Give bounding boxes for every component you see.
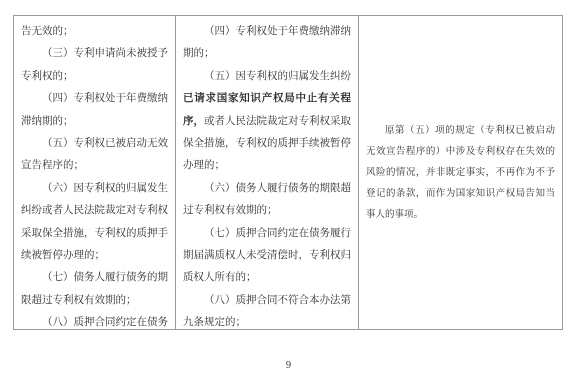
text-segment: （五）因专利权的归属发生纠纷 <box>204 70 351 82</box>
paragraph-item-3: （三）专利申请尚未被授予专利权的； <box>21 42 168 87</box>
paragraph-item-5: （五）专利权已被启动无效宣告程序的； <box>21 132 168 177</box>
text-segment: （八）质押合同不符合本办法第九条规定的； <box>183 294 351 328</box>
paragraph-item-6: （六）债务人履行债务的期限超过专利权有效期的； <box>183 177 351 222</box>
text-segment: 或者人民法院裁定对专利权采取保全措施，专利权的质押手续被暂停办理的； <box>183 115 351 172</box>
paragraph-item-5: （五）因专利权的归属发生纠纷已请求国家知识产权局中止有关程序，或者人民法院裁定对… <box>183 65 351 177</box>
page-number: 9 <box>0 361 577 371</box>
text-segment: （七）质押合同约定在债务履行期届满质权人未受清偿时，专利权归质权人所有的； <box>183 227 351 284</box>
paragraph-item-6: （六）因专利权的归属发生纠纷或者人民法院裁定对专利权采取保全措施，专利权的质押手… <box>21 177 168 267</box>
paragraph-item-7: （七）质押合同约定在债务履行期届满质权人未受清偿时，专利权归质权人所有的； <box>183 222 351 289</box>
table-cell-new-provisions: （四）专利权处于年费缴纳滞纳期的； （五）因专利权的归属发生纠纷已请求国家知识产… <box>176 16 359 329</box>
paragraph-item-4: （四）专利权处于年费缴纳滞纳期的； <box>21 87 168 132</box>
document-page: 告无效的； （三）专利申请尚未被授予专利权的； （四）专利权处于年费缴纳滞纳期的… <box>0 0 577 379</box>
paragraph-item-7: （七）债务人履行债务的期限超过专利权有效期的； <box>21 266 168 311</box>
text-segment: （四）专利权处于年费缴纳滞纳期的； <box>183 25 351 59</box>
explanation-text-block: 原第（五）项的规定（专利权已被启动无效宣告程序的）中涉及专利权存在失效的风险的情… <box>366 120 555 225</box>
table-cell-old-provisions: 告无效的； （三）专利申请尚未被授予专利权的； （四）专利权处于年费缴纳滞纳期的… <box>14 16 176 329</box>
table-cell-explanation: 原第（五）项的规定（专利权已被启动无效宣告程序的）中涉及专利权存在失效的风险的情… <box>359 16 562 329</box>
paragraph-continuation: 告无效的； <box>21 20 168 42</box>
paragraph-item-4: （四）专利权处于年费缴纳滞纳期的； <box>183 20 351 65</box>
paragraph-explanation: 原第（五）项的规定（专利权已被启动无效宣告程序的）中涉及专利权存在失效的风险的情… <box>366 120 555 225</box>
text-segment: （六）债务人履行债务的期限超过专利权有效期的； <box>183 182 351 216</box>
paragraph-item-8: （八）质押合同约定在债务履行 <box>21 311 168 329</box>
comparison-table: 告无效的； （三）专利申请尚未被授予专利权的； （四）专利权处于年费缴纳滞纳期的… <box>13 15 563 330</box>
paragraph-item-8: （八）质押合同不符合本办法第九条规定的； <box>183 289 351 329</box>
